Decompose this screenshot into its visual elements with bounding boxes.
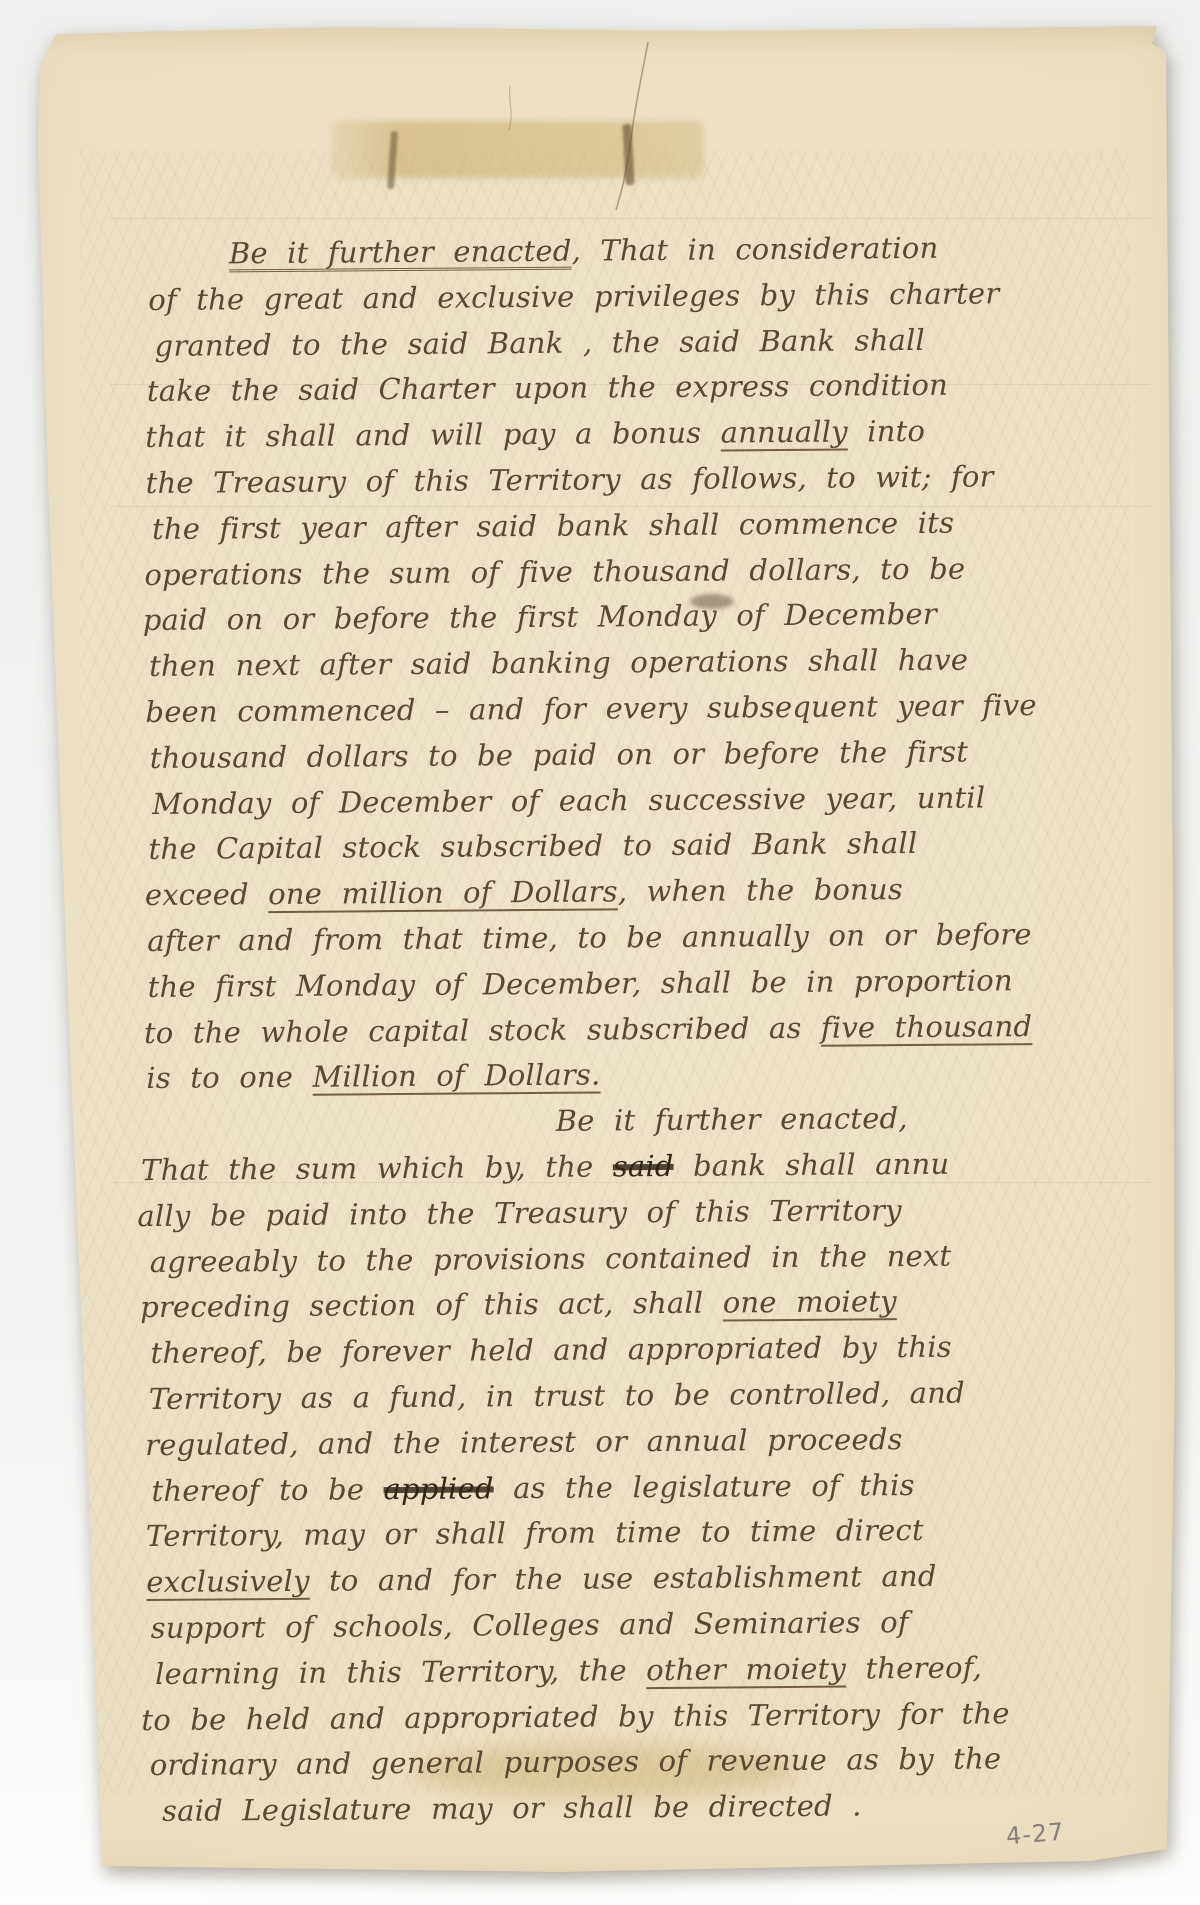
manuscript-line: said Legislature may or shall be directe… xyxy=(162,1781,1136,1834)
manuscript-line: is to one Million of Dollars. xyxy=(146,1049,1130,1103)
handwritten-text: That the sum which by, the xyxy=(141,1149,613,1187)
manuscript-line: the Treasury of this Territory as follow… xyxy=(146,453,1126,506)
handwritten-text-strike: applied xyxy=(383,1471,493,1506)
handwritten-text: the Treasury of this Territory as follow… xyxy=(146,459,994,500)
handwritten-text: been commenced – and for every subsequen… xyxy=(145,688,1036,729)
handwritten-text: preceding section of this act, shall xyxy=(140,1286,723,1325)
manuscript-line: preceding section of this act, shall one… xyxy=(140,1278,1132,1332)
handwritten-text-u: other moiety xyxy=(646,1651,846,1687)
paper-shadow-wrap: Be it further enacted, That in considera… xyxy=(0,0,1200,1905)
handwritten-text: bank shall annu xyxy=(673,1147,949,1183)
handwritten-text: ordinary and general purposes of revenue… xyxy=(150,1742,1002,1783)
manuscript-line: Be it further enacted, That in considera… xyxy=(229,224,1124,277)
handwritten-text-u: Million of Dollars. xyxy=(312,1058,600,1094)
manuscript-line: regulated, and the interest or annual pr… xyxy=(145,1415,1133,1469)
handwritten-text: the first year after said bank shall com… xyxy=(152,505,954,545)
manuscript-line: the first year after said bank shall com… xyxy=(152,499,1126,552)
handwritten-text: ally be paid into the Treasury of this T… xyxy=(137,1193,902,1233)
handwritten-text: thereof, be forever held and appropriate… xyxy=(150,1330,952,1370)
handwritten-text: then next after said banking operations … xyxy=(149,643,968,683)
manuscript-line: thousand dollars to be paid on or before… xyxy=(150,728,1128,781)
handwritten-text: support of schools, Colleges and Seminar… xyxy=(151,1605,909,1645)
manuscript-line: been commenced – and for every subsequen… xyxy=(145,682,1127,736)
handwritten-text: thousand dollars to be paid on or before… xyxy=(150,734,969,774)
manuscript-line: agreeably to the provisions contained in… xyxy=(150,1232,1132,1286)
pencil-notation: 4-27 xyxy=(1005,1818,1066,1851)
handwritten-text: take the said Charter upon the express c… xyxy=(147,368,948,408)
handwritten-text: learning in this Territory, the xyxy=(155,1653,646,1691)
manuscript-page: Be it further enacted, That in considera… xyxy=(0,0,1200,1905)
manuscript-line: exceed one million of Dollars, when the … xyxy=(145,865,1129,919)
handwritten-text: agreeably to the provisions contained in… xyxy=(150,1238,952,1278)
manuscript-line: exclusively to and for the use establish… xyxy=(146,1552,1134,1606)
manuscript-line: to be held and appropriated by this Terr… xyxy=(141,1690,1135,1744)
manuscript-line: paid on or before the first Monday of De… xyxy=(143,591,1127,645)
manuscript-line: thereof to be applied as the legislature… xyxy=(151,1461,1133,1515)
manuscript-line: that it shall and will pay a bonus annua… xyxy=(145,408,1125,461)
photo-background: Be it further enacted, That in considera… xyxy=(0,0,1200,1905)
handwritten-text-u: one million of Dollars xyxy=(268,874,618,911)
handwritten-text: thereof to be xyxy=(151,1472,383,1508)
handwritten-text: paid on or before the first Monday of De… xyxy=(143,597,937,637)
manuscript-line: learning in this Territory, the other mo… xyxy=(155,1644,1135,1697)
handwritten-text: Be it further enacted, xyxy=(556,1101,908,1138)
manuscript-line: to the whole capital stock subscribed as… xyxy=(144,1003,1130,1057)
manuscript-line: the first Monday of December, shall be i… xyxy=(147,957,1129,1011)
manuscript-line: support of schools, Colleges and Seminar… xyxy=(150,1598,1134,1652)
handwritten-text: Territory, may or shall from time to tim… xyxy=(146,1513,924,1553)
handwritten-text: to and for the use establishment and xyxy=(309,1559,936,1598)
manuscript-line: Territory, may or shall from time to tim… xyxy=(146,1507,1134,1561)
manuscript-line: then next after said banking operations … xyxy=(149,636,1127,689)
handwritten-text: said Legislature may or shall be directe… xyxy=(162,1789,862,1828)
manuscript-line: operations the sum of five thousand doll… xyxy=(144,545,1126,599)
handwritten-text: Territory as a fund, in trust to be cont… xyxy=(149,1376,965,1416)
handwritten-text: after and from that time, to be annually… xyxy=(147,917,1032,958)
manuscript-line: thereof, be forever held and appropriate… xyxy=(150,1323,1132,1377)
manuscript-line: That the sum which by, the said bank sha… xyxy=(141,1140,1131,1194)
handwritten-text-u: five thousand xyxy=(821,1009,1033,1045)
crease-line xyxy=(110,218,1150,219)
handwritten-text: into xyxy=(848,414,926,449)
handwritten-text-u: one moiety xyxy=(723,1284,897,1319)
manuscript-line: take the said Charter upon the express c… xyxy=(147,362,1125,415)
handwritten-text: as the legislature of this xyxy=(494,1468,915,1505)
manuscript-text: Be it further enacted, That in considera… xyxy=(144,224,1137,1835)
handwritten-text: to be held and appropriated by this Terr… xyxy=(141,1696,1010,1737)
handwritten-text: regulated, and the interest or annual pr… xyxy=(145,1422,903,1462)
handwritten-text-u: annually xyxy=(720,415,847,450)
handwritten-text: the first Monday of December, shall be i… xyxy=(147,963,1012,1004)
handwritten-text-uu: Be it further enacted xyxy=(229,234,572,271)
manuscript-line: ally be paid into the Treasury of this T… xyxy=(137,1186,1131,1240)
handwritten-text-strike: said xyxy=(613,1149,674,1183)
handwritten-text: , That in consideration xyxy=(571,231,938,268)
manuscript-line: granted to the said Bank , the said Bank… xyxy=(154,316,1124,369)
handwritten-text: operations the sum of five thousand doll… xyxy=(144,551,965,591)
manuscript-line: the Capital stock subscribed to said Ban… xyxy=(148,820,1128,873)
handwritten-text: granted to the said Bank , the said Bank… xyxy=(154,322,925,362)
manuscript-line: Monday of December of each successive ye… xyxy=(152,774,1128,827)
handwritten-text: exceed xyxy=(145,877,269,912)
handwritten-text: , when the bonus xyxy=(618,872,903,908)
handwritten-text: to the whole capital stock subscribed as xyxy=(144,1010,821,1049)
manuscript-line: ordinary and general purposes of revenue… xyxy=(150,1736,1136,1790)
manuscript-line: Be it further enacted, xyxy=(556,1094,1131,1144)
handwritten-text: thereof, xyxy=(846,1650,982,1685)
handwritten-text-u: exclusively xyxy=(146,1564,310,1599)
handwritten-text: Monday of December of each successive ye… xyxy=(152,780,985,821)
manuscript-line: after and from that time, to be annually… xyxy=(147,911,1129,965)
handwritten-text: of the great and exclusive privileges by… xyxy=(148,276,999,317)
handwritten-text: that it shall and will pay a bonus xyxy=(145,416,721,455)
manuscript-line: Territory as a fund, in trust to be cont… xyxy=(149,1369,1133,1423)
handwritten-text: the Capital stock subscribed to said Ban… xyxy=(148,826,917,866)
handwritten-text: is to one xyxy=(146,1060,312,1095)
manuscript-line: of the great and exclusive privileges by… xyxy=(148,270,1124,323)
